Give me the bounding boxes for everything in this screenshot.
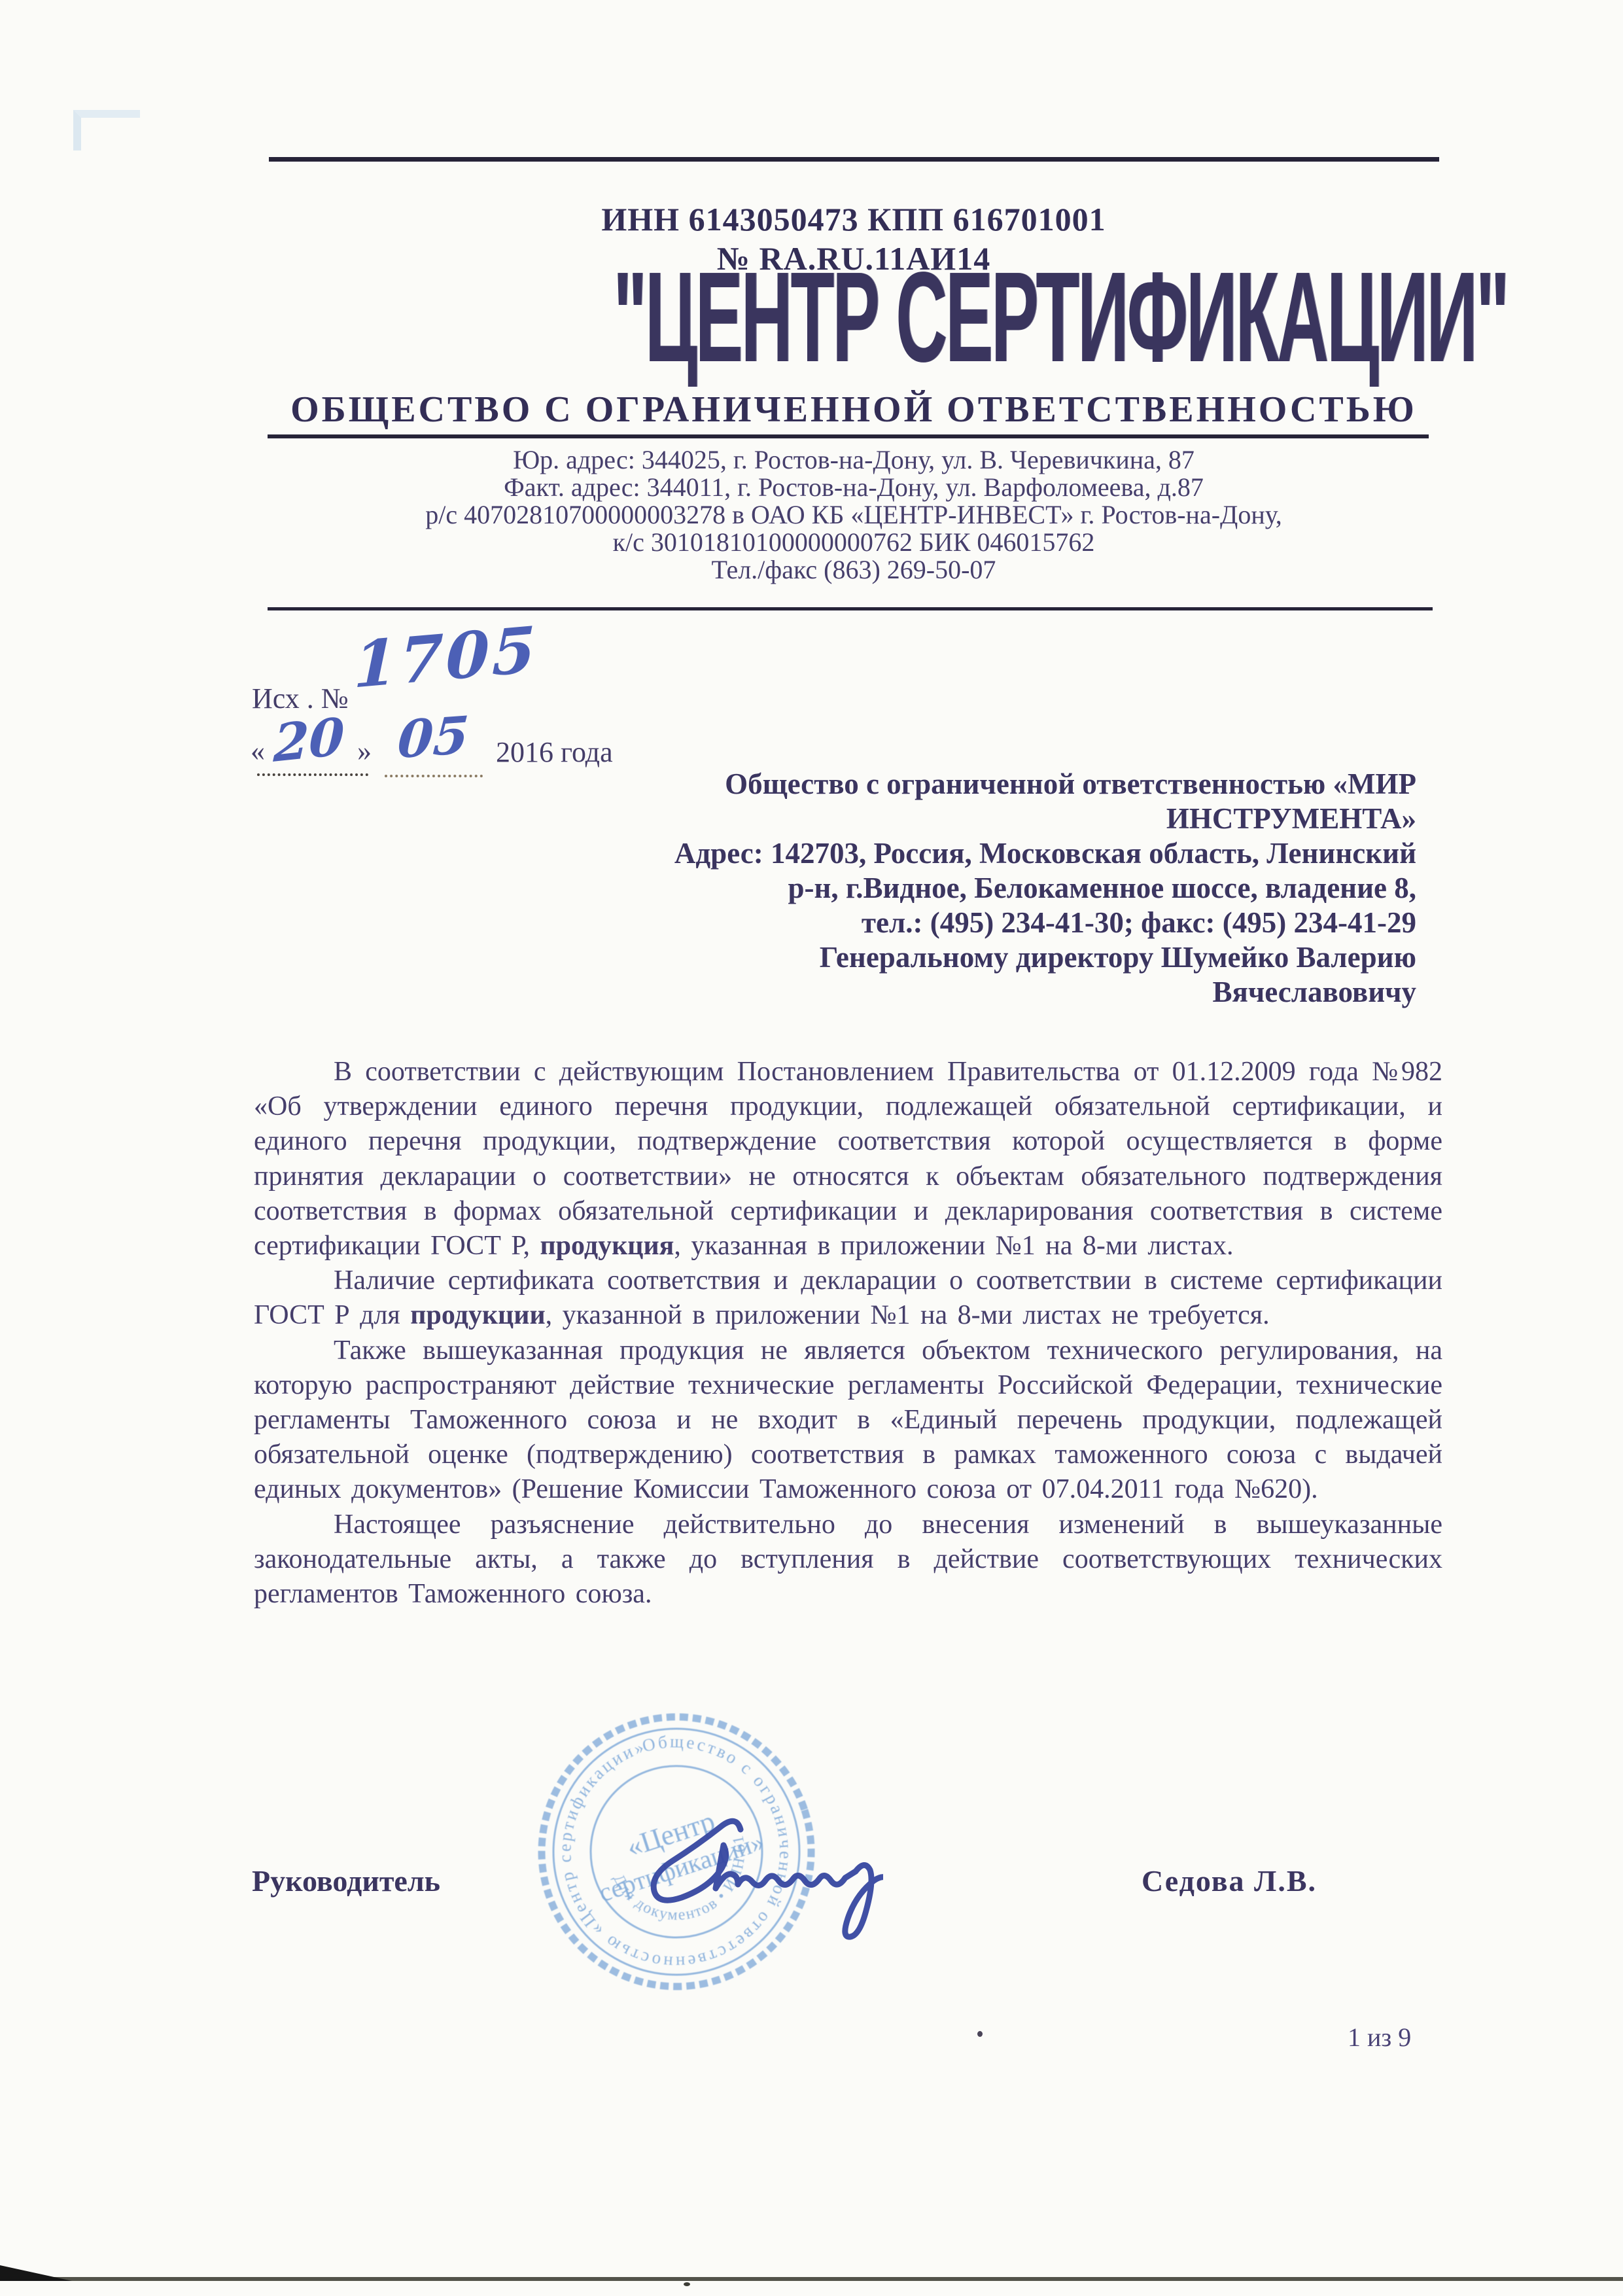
phone-fax-line: Тел./факс (863) 269-50-07 — [262, 556, 1446, 584]
signer-title: Руководитель — [252, 1863, 440, 1898]
recipient-phone-line: тел.: (495) 234-41-30; факс: (495) 234-4… — [621, 906, 1416, 940]
recipient-address-line: Адрес: 142703, Россия, Московская област… — [621, 836, 1416, 871]
date-month-handwritten: 05 — [396, 705, 471, 770]
header-bottom-rule — [268, 607, 1433, 610]
date-month-underline — [385, 775, 483, 777]
signature-svg — [648, 1786, 883, 1963]
scan-speck-2 — [684, 2282, 690, 2286]
signer-name: Седова Л.В. — [1142, 1863, 1317, 1898]
signature-path — [654, 1821, 883, 1937]
actual-address: Факт. адрес: 344011, г. Ростов-на-Дону, … — [262, 474, 1446, 501]
scan-speck — [977, 2031, 983, 2037]
scan-bottom-line-artifact — [0, 2277, 1623, 2281]
outgoing-number-handwritten: 1705 — [353, 612, 539, 702]
recipient-director-line: Генеральному директору Шумейко Валерию — [621, 940, 1416, 975]
company-logo-wrap: "ЦЕНТР СЕРТИФИКАЦИИ" — [262, 262, 1446, 376]
bank-account-line: р/с 40702810700000003278 в ОАО КБ «ЦЕНТР… — [262, 501, 1446, 529]
body-paragraph-3: Также вышеуказанная продукция не являетс… — [254, 1333, 1442, 1508]
corr-account-line: к/с 30101810100000000762 БИК 046015762 — [262, 529, 1446, 556]
scan-bottom-corner-artifact — [0, 2265, 72, 2281]
handwritten-signature — [648, 1786, 883, 1963]
body-paragraph-4: Настоящее разъяснение действительно до в… — [254, 1508, 1442, 1612]
body-paragraph-2: Наличие сертификата соответствия и декла… — [254, 1263, 1442, 1333]
date-year-label: 2016 года — [496, 735, 613, 769]
recipient-org-line2: ИНСТРУМЕНТА» — [621, 802, 1416, 836]
recipient-org-line: Общество с ограниченной ответственностью… — [621, 767, 1416, 802]
legal-address: Юр. адрес: 344025, г. Ростов-на-Дону, ул… — [262, 446, 1446, 474]
org-type-line: ОБЩЕСТВО С ОГРАНИЧЕННОЙ ОТВЕТСТВЕННОСТЬЮ — [262, 389, 1446, 431]
company-logo-text: "ЦЕНТР СЕРТИФИКАЦИИ" — [613, 262, 1507, 373]
scanned-letter-page: ИНН 6143050473 КПП 616701001 № RA.RU.11А… — [0, 0, 1623, 2296]
company-address-block: Юр. адрес: 344025, г. Ростов-на-Дону, ул… — [262, 446, 1446, 584]
date-quote-close: » — [357, 734, 372, 768]
scan-corner-artifact — [73, 110, 140, 150]
body-paragraph-1: В соответствии с действующим Постановлен… — [254, 1055, 1442, 1263]
company-inn-kpp: ИНН 6143050473 КПП 616701001 — [262, 200, 1446, 238]
recipient-block: Общество с ограниченной ответственностью… — [621, 767, 1416, 1010]
header-top-rule — [269, 157, 1439, 162]
date-quote-open: « — [251, 734, 265, 768]
date-day-underline — [257, 773, 368, 776]
date-day-handwritten: 20 — [273, 707, 345, 774]
page-number: 1 из 9 — [1348, 2022, 1411, 2053]
letter-body: В соответствии с действующим Постановлен… — [254, 1055, 1442, 1612]
header-middle-rule — [268, 434, 1429, 438]
recipient-address-line2: р-н, г.Видное, Белокаменное шоссе, владе… — [621, 871, 1416, 906]
recipient-director-line2: Вячеславовичу — [621, 975, 1416, 1010]
